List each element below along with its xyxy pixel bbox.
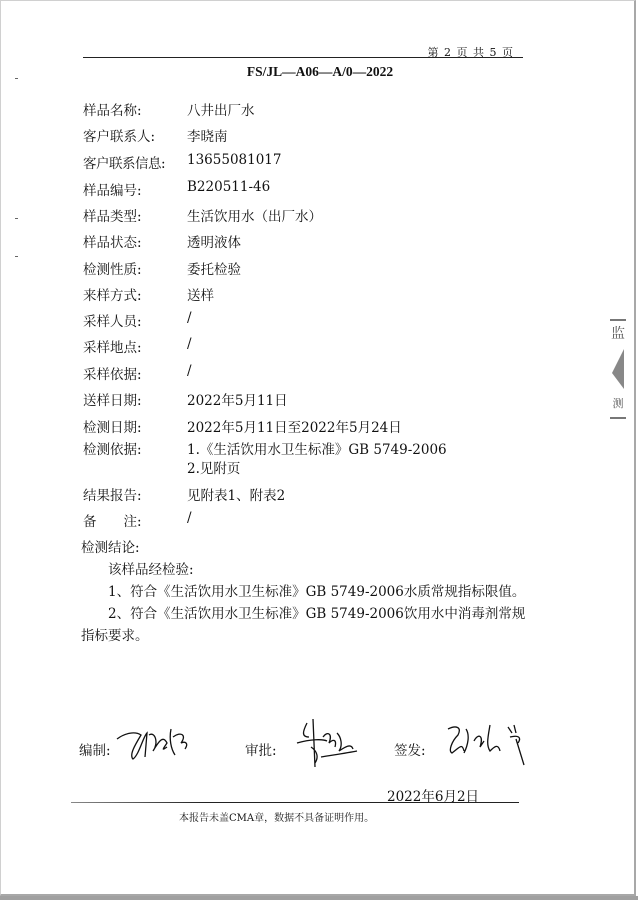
stamp-char-1: 监 (606, 323, 630, 343)
scan-mark (15, 218, 18, 219)
signature-compiled: 编制: (79, 739, 111, 759)
stamp-emblem-icon (610, 349, 626, 389)
field-value: / (187, 336, 192, 352)
field-value: 委托检验 (187, 258, 241, 278)
field-label: 采样人员: (83, 310, 142, 330)
conclusion-item-2: 2、符合《生活饮用水卫生标准》GB 5749-2006饮用水中消毒剂常规指标要求… (81, 603, 531, 647)
field-value: / (187, 310, 192, 326)
field-label: 样品编号: (83, 179, 142, 199)
stamp-bar (610, 417, 626, 419)
conclusion-item-1: 1、符合《生活饮用水卫生标准》GB 5749-2006水质常规指标限值。 (81, 581, 531, 603)
viewer-bottom-edge (0, 896, 638, 900)
field-label: 样品状态: (83, 231, 142, 251)
field-label: 检测性质: (83, 258, 142, 278)
test-basis-line-2: 2.见附页 (187, 460, 447, 479)
footer-rule (71, 802, 519, 803)
field-label: 客户联系人: (83, 125, 155, 145)
field-value: 2022年5月11日 (187, 389, 288, 409)
field-label: 客户联系信息: (83, 152, 165, 172)
field-value: 八井出厂水 (187, 99, 255, 119)
scan-mark (15, 256, 18, 257)
field-value: 送样 (187, 284, 214, 304)
field-value: B220511-46 (187, 179, 270, 195)
field-value: 见附表1、附表2 (187, 484, 285, 504)
signature-issued: 签发: (394, 739, 426, 759)
field-value: / (187, 510, 192, 526)
field-label: 样品名称: (83, 99, 142, 119)
field-label: 采样依据: (83, 363, 142, 383)
field-value: 1.《生活饮用水卫生标准》GB 5749-2006 2.见附页 (187, 441, 447, 479)
signature-scribble-icon (115, 725, 195, 765)
stamp-char-2: 测 (606, 395, 630, 411)
field-value: 13655081017 (187, 152, 281, 168)
field-value: 生活饮用水（出厂水） (187, 205, 322, 225)
field-label: 检测依据: (83, 438, 142, 458)
field-label: 备 注: (83, 510, 142, 530)
conclusion-intro: 该样品经检验: (81, 559, 531, 581)
conclusion-title: 检测结论: (81, 537, 531, 559)
compiled-label: 编制: (79, 743, 111, 759)
field-label: 检测日期: (83, 416, 142, 436)
side-seal-stamp: 监 测 (606, 319, 630, 419)
field-value: 2022年5月11日至2022年5月24日 (187, 416, 402, 436)
field-label: 样品类型: (83, 205, 142, 225)
document-page: 第 2 页 共 5 页 FS/JL—A06—A/0—2022 样品名称: 八井出… (0, 0, 636, 896)
signature-scribble-icon (444, 721, 534, 767)
field-label: 结果报告: (83, 484, 142, 504)
field-label: 送样日期: (83, 389, 142, 409)
test-conclusion: 检测结论: 该样品经检验: 1、符合《生活饮用水卫生标准》GB 5749-200… (81, 537, 531, 647)
scan-mark (15, 78, 18, 79)
test-basis-line-1: 1.《生活饮用水卫生标准》GB 5749-2006 (187, 441, 447, 460)
signature-approved: 审批: (245, 739, 277, 759)
field-label: 来样方式: (83, 284, 142, 304)
field-label: 采样地点: (83, 336, 142, 356)
approved-label: 审批: (245, 743, 277, 759)
issued-label: 签发: (394, 743, 426, 759)
header-rule (83, 57, 523, 58)
field-value: 透明液体 (187, 231, 241, 251)
stamp-bar (610, 319, 626, 321)
field-value: 李晓南 (187, 125, 228, 145)
document-code: FS/JL—A06—A/0—2022 (1, 64, 638, 80)
footer-disclaimer: 本报告未盖CMA章，数据不具备证明作用。 (179, 809, 374, 824)
field-value: / (187, 363, 192, 379)
signature-scribble-icon (293, 717, 363, 769)
